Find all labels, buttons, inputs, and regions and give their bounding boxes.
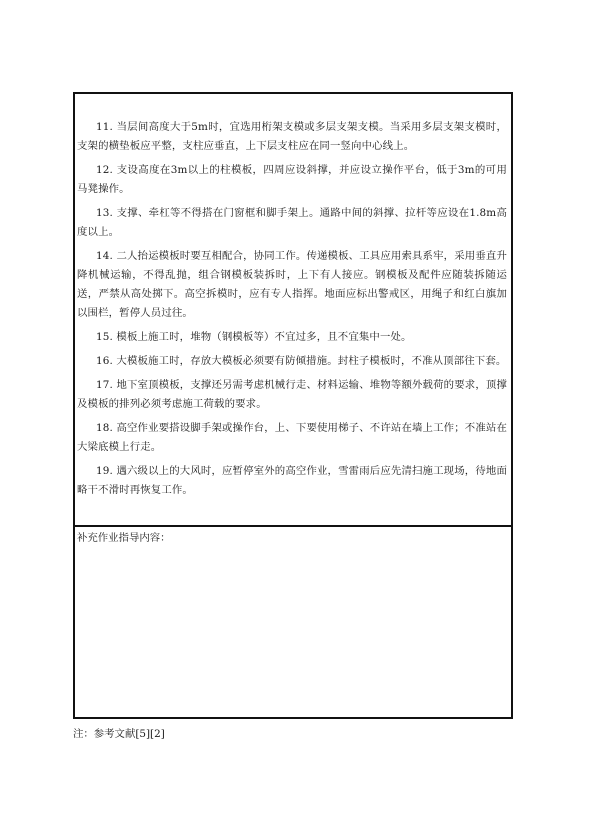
- list-item: 16. 大模板施工时，存放大模板必须要有防倾措施。封柱子模板时，不准从顶部往下套…: [77, 352, 507, 371]
- safety-items-cell: 11. 当层间高度大于5m时，宜选用桁架支模或多层支架支模。当采用多层支架支模时…: [75, 94, 511, 527]
- list-item: 17. 地下室顶模板，支撑还另需考虑机械行走、材料运输、堆物等额外载荷的要求，顶…: [77, 376, 507, 414]
- guidance-table: 11. 当层间高度大于5m时，宜选用桁架支模或多层支架支模。当采用多层支架支模时…: [73, 92, 513, 719]
- list-item: 14. 二人抬运模板时要互相配合，协同工作。传递模板、工具应用索具系牢，采用垂直…: [77, 247, 507, 323]
- supplement-cell: 补充作业指导内容：: [75, 525, 511, 717]
- reference-note: 注：参考文献[5][2]: [73, 725, 165, 740]
- list-item: 19. 遇六级以上的大风时，应暂停室外的高空作业，雪雷雨后应先清扫施工现场，待地…: [77, 462, 507, 500]
- list-item: 18. 高空作业要搭设脚手架或操作台，上、下要使用梯子、不许站在墙上工作；不准站…: [77, 419, 507, 457]
- supplement-label: 补充作业指导内容：: [77, 529, 171, 544]
- list-item: 15. 模板上施工时，堆物（钢模板等）不宜过多，且不宜集中一处。: [77, 328, 507, 347]
- list-item: 13. 支撑、牵杠等不得搭在门窗框和脚手架上。通路中间的斜撑、拉杆等应设在1.8…: [77, 204, 507, 242]
- safety-items-list: 11. 当层间高度大于5m时，宜选用桁架支模或多层支架支模。当采用多层支架支模时…: [77, 118, 507, 505]
- list-item: 12. 支设高度在3m以上的柱模板，四周应设斜撑，并应设立操作平台，低于3m的可…: [77, 161, 507, 199]
- list-item: 11. 当层间高度大于5m时，宜选用桁架支模或多层支架支模。当采用多层支架支模时…: [77, 118, 507, 156]
